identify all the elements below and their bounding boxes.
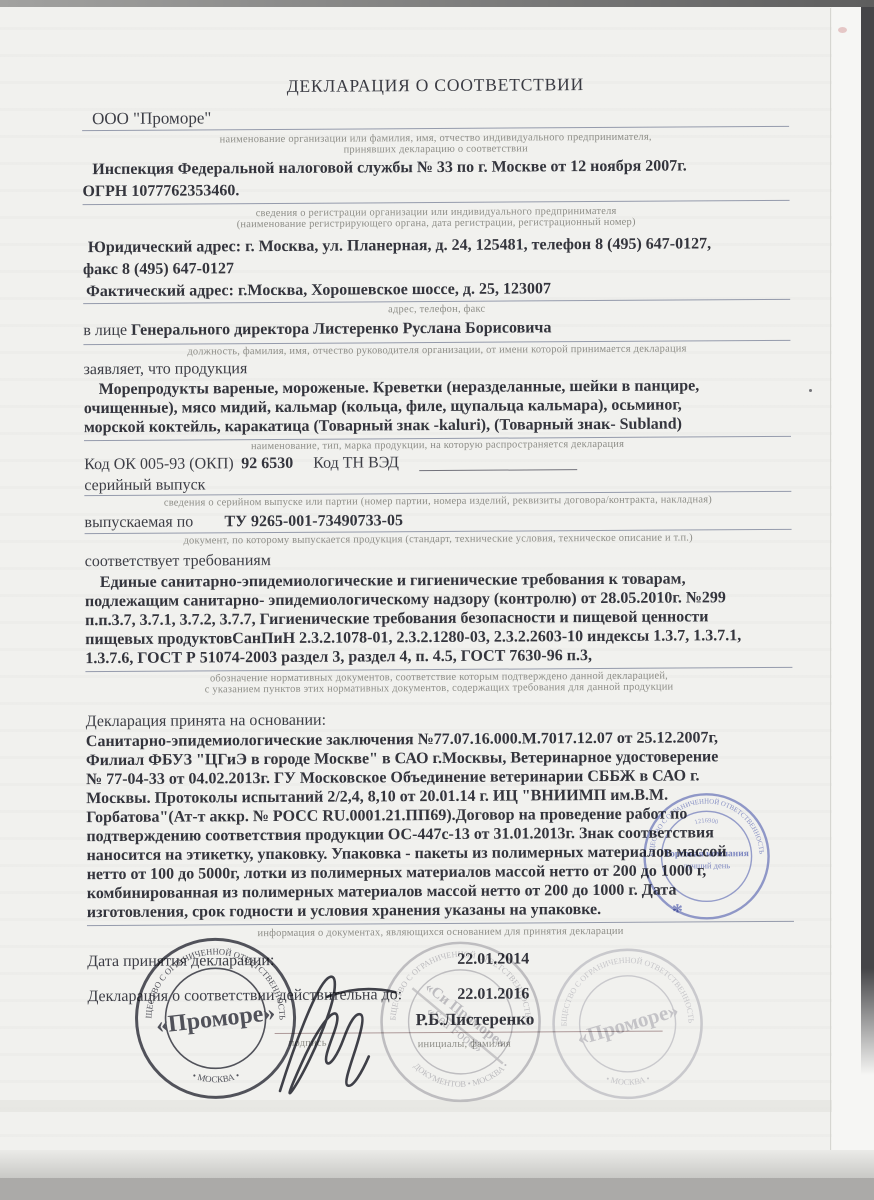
in-person-prefix: в лице — [83, 322, 127, 339]
field-label-doc: документ, по которому выпускается продук… — [85, 532, 792, 548]
promore-stamp-faded: ОБЩЕСТВО С ОГРАНИЧЕННОЙ ОТВЕТСТВЕННОСТЬЮ… — [547, 943, 708, 1104]
scan-smudge — [838, 27, 847, 33]
declares-line: заявляет, что продукция — [84, 359, 248, 379]
serial-issue-line: серийный выпуск — [84, 475, 205, 495]
svg-text:• МОСКВА •: • МОСКВА • — [191, 1070, 241, 1085]
blue-stamp-center-line-2: лучший день — [683, 860, 730, 870]
org-name: ООО "Проморе" — [92, 108, 211, 128]
requirement-line: 1.3.7.6, ГОСТ Р 51074-2003 раздел 3, раз… — [85, 646, 592, 668]
okp-code-prefix: Код ОК 005-93 (ОКП) — [84, 454, 234, 474]
legal-address: Юридический адрес: г. Москва, ул. Планер… — [88, 234, 711, 257]
basis-line: изготовления, срок годности и условия хр… — [87, 900, 601, 922]
blue-stamp-number: 1216900 — [694, 817, 719, 826]
document-content: ДЕКЛАРАЦИЯ О СООТВЕТСТВИИ ООО "Проморе" … — [0, 0, 874, 1200]
page-title: ДЕКЛАРАЦИЯ О СООТВЕТСТВИИ — [82, 74, 789, 97]
scan-shadow-bottom — [0, 1150, 874, 1178]
issued-prefix: выпускаемая по — [84, 512, 193, 532]
registration-line-1: Инспекция Федеральной налоговой службы №… — [92, 156, 686, 179]
conforms-line: соответствует требованиям — [85, 551, 271, 571]
field-label-person: должность, фамилия, имя, отчество руково… — [83, 343, 790, 359]
scan-edge-right — [861, 7, 874, 1075]
blue-stamp-center-line-1: Торговая компания — [664, 849, 749, 860]
field-label-serial: сведения о серийном выпуске или партии (… — [84, 494, 791, 510]
stamp-center-text: «Проморе» — [574, 998, 681, 1050]
registration-line-2: ОГРН 1077762353460. — [82, 181, 239, 201]
tnved-label: Код ТН ВЭД — [313, 453, 399, 473]
svg-text:ДОКУМЕНТОВ • МОСКВА •: ДОКУМЕНТОВ • МОСКВА • — [412, 1061, 510, 1089]
stamp-ring-bottom-text: • МОСКВА • — [191, 1070, 241, 1085]
scanned-declaration-page: ДЕКЛАРАЦИЯ О СООТВЕТСТВИИ ООО "Проморе" … — [0, 0, 874, 1200]
scan-speck — [809, 389, 812, 392]
blue-company-stamp: ОБЩЕСТВО С ОГРАНИЧЕННОЙ ОТВЕТСТВЕННОСТЬЮ… — [638, 788, 775, 925]
requirement-line: пищевых продуктовСанПиН 2.3.2.1078-01, 2… — [85, 626, 741, 649]
fax-line: факс 8 (495) 647-0127 — [83, 259, 234, 279]
scan-edge-bottom — [0, 1178, 874, 1200]
field-label-addr: адрес, телефон, факс — [83, 302, 790, 318]
in-person-line: в лице Генерального директора Листеренко… — [83, 318, 551, 340]
stamp-ring-bottom-text: ДОКУМЕНТОВ • МОСКВА • — [412, 1061, 510, 1089]
tnved-blank-line — [419, 469, 577, 471]
okp-code-value: 92 6530 — [241, 454, 293, 473]
product-line: морской коктейль, каракатица (Товарный з… — [84, 415, 682, 438]
blue-stamp-asterisk: * — [672, 899, 683, 925]
in-person-name: Генерального директора Листеренко Руслан… — [131, 319, 551, 339]
svg-text:• МОСКВА •: • МОСКВА • — [605, 1074, 651, 1087]
svg-text:1216900: 1216900 — [694, 817, 719, 826]
actual-address: Фактический адрес: г.Москва, Хорошевское… — [86, 279, 551, 301]
scan-edge-top — [0, 0, 874, 7]
stamp-ring-bottom-text: • МОСКВА • — [605, 1074, 651, 1087]
basis-title: Декларация принята на основании: — [86, 711, 326, 731]
issued-value: ТУ 9265-001-73490733-05 — [224, 511, 403, 531]
page-edge-line — [830, 8, 831, 1150]
si-promore-stamp-faded: ОБЩЕСТВО С ОГРАНИЧЕННОЙ ОТВЕТСТВЕННОСТЬЮ… — [375, 936, 546, 1107]
hrule — [83, 200, 790, 205]
